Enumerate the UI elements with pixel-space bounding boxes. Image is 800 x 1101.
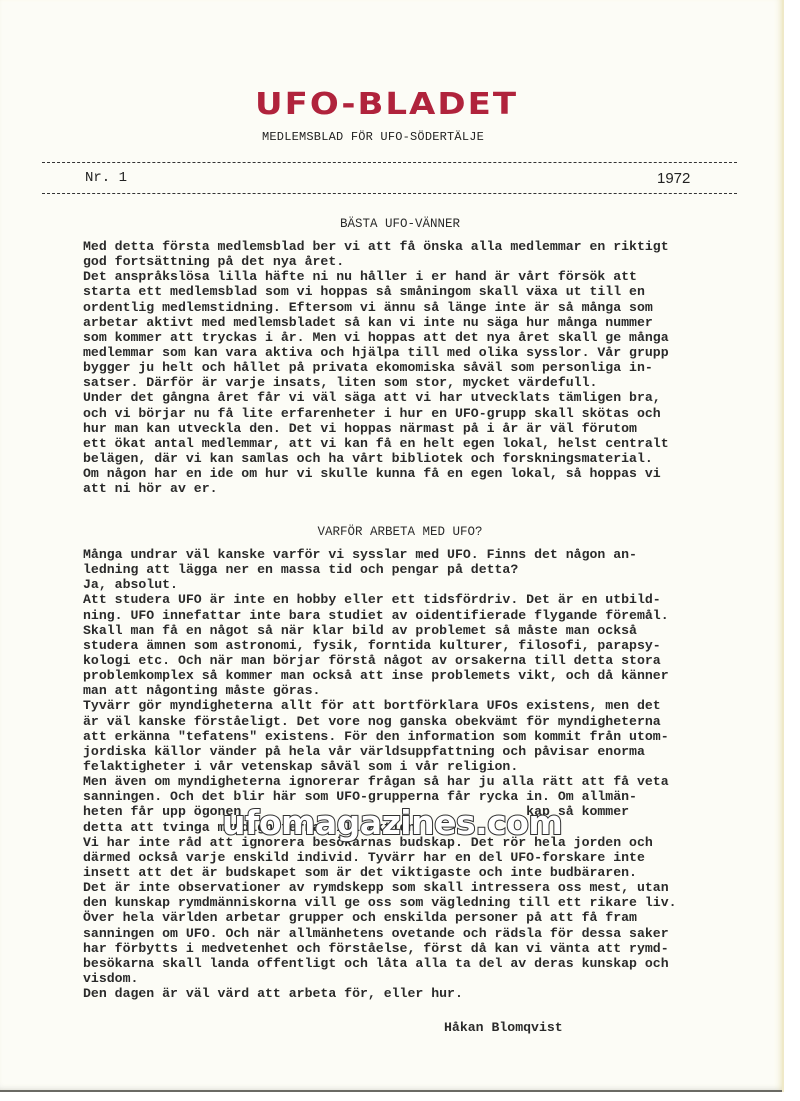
text-line: starta ett medlemsblad som vi hoppas så … [83, 284, 763, 299]
text-line: kologi etc. Och när man börjar förstå nå… [83, 653, 763, 668]
text-line: Att studera UFO är inte en hobby eller e… [83, 592, 763, 607]
text-line: Många undrar väl kanske varför vi syssla… [83, 547, 763, 562]
text-line: ordentlig medlemstidning. Eftersom vi än… [83, 300, 763, 315]
masthead-title: UFO-BLADET [255, 86, 525, 122]
text-line: sanningen om UFO. Och när allmänhetens o… [83, 926, 763, 941]
text-line: Skall man få en något så när klar bild a… [83, 623, 763, 638]
text-line: ning. UFO innefattar inte bara studiet a… [83, 608, 763, 623]
text-line: och vi börjar nu få lite erfarenheter i … [83, 406, 763, 421]
issue-number: Nr. 1 [85, 170, 127, 186]
section-body-why-ufo: Många undrar väl kanske varför vi syssla… [83, 547, 763, 1001]
divider-bottom [42, 193, 737, 194]
text-line: Det anspråkslösa lilla häfte ni nu hålle… [83, 269, 763, 284]
text-line: därmed också varje enskild individ. Tyvä… [83, 850, 763, 865]
text-line: som kommer att tryckas i år. Men vi hopp… [83, 330, 763, 345]
text-line: ett ökat antal medlemmar, att vi kan få … [83, 436, 763, 451]
text-line: att ni hör av er. [83, 481, 763, 496]
section-heading-why-ufo: VARFÖR ARBETA MED UFO? [0, 525, 800, 539]
section-body-welcome: Med detta första medlemsblad ber vi att … [83, 239, 763, 496]
text-line: Det är inte observationer av rymdskepp s… [83, 880, 763, 895]
text-line: Med detta första medlemsblad ber vi att … [83, 239, 763, 254]
text-line: belägen, där vi kan samlas och ha vårt b… [83, 451, 763, 466]
text-line: problemkomplex så kommer man också att i… [83, 668, 763, 683]
text-line: besökarna skall landa offentligt och låt… [83, 956, 763, 971]
divider-top [42, 162, 737, 163]
text-line: Men även om myndigheterna ignorerar fråg… [83, 774, 763, 789]
text-line: jordiska källor vänder på hela vår värld… [83, 744, 763, 759]
issue-year: 1972 [657, 170, 690, 187]
text-line: man att någonting måste göras. [83, 683, 763, 698]
text-line: Om någon har en ide om hur vi skulle kun… [83, 466, 763, 481]
watermark: ufomagazines.com [222, 803, 562, 842]
text-line: satser. Därför är varje insats, liten so… [83, 375, 763, 390]
text-line: insett att det är budskapet som är det v… [83, 865, 763, 880]
text-line: hur man kan utveckla den. Det vi hoppas … [83, 421, 763, 436]
section-heading-welcome: BÄSTA UFO-VÄNNER [0, 217, 800, 231]
text-line: den kunskap rymdmänniskorna vill ge oss … [83, 895, 763, 910]
text-line: Över hela världen arbetar grupper och en… [83, 910, 763, 925]
text-line: felaktigheter i vår vetenskap såväl som … [83, 759, 763, 774]
text-line: har förbytts i medvetenhet och förståels… [83, 941, 763, 956]
text-line: bygger ju helt och hållet på privata eko… [83, 360, 763, 375]
text-line: ledning att lägga ner en massa tid och p… [83, 562, 763, 577]
text-line: är väl kanske förståeligt. Det vore nog … [83, 714, 763, 729]
document-page: UFO-BLADET MEDLEMSBLAD FÖR UFO-SÖDERTÄLJ… [0, 0, 784, 1092]
text-line: medlemmar som kan vara aktiva och hjälpa… [83, 345, 763, 360]
author-signature: Håkan Blomqvist [444, 1020, 563, 1035]
text-line: att erkänna "tefatens" existens. För den… [83, 729, 763, 744]
text-line: visdom. [83, 971, 763, 986]
text-line: Den dagen är väl värd att arbeta för, el… [83, 986, 763, 1001]
text-line: god fortsättning på det nya året. [83, 254, 763, 269]
text-line: arbetar aktivt med medlemsbladet så kan … [83, 315, 763, 330]
text-line: Under det gångna året får vi väl säga at… [83, 390, 763, 405]
text-line: Ja, absolut. [83, 577, 763, 592]
text-line: Tyvärr gör myndigheterna allt för att bo… [83, 698, 763, 713]
masthead-subtitle: MEDLEMSBLAD FÖR UFO-SÖDERTÄLJE [262, 130, 484, 144]
text-line: studera ämnen som astronomi, fysik, forn… [83, 638, 763, 653]
